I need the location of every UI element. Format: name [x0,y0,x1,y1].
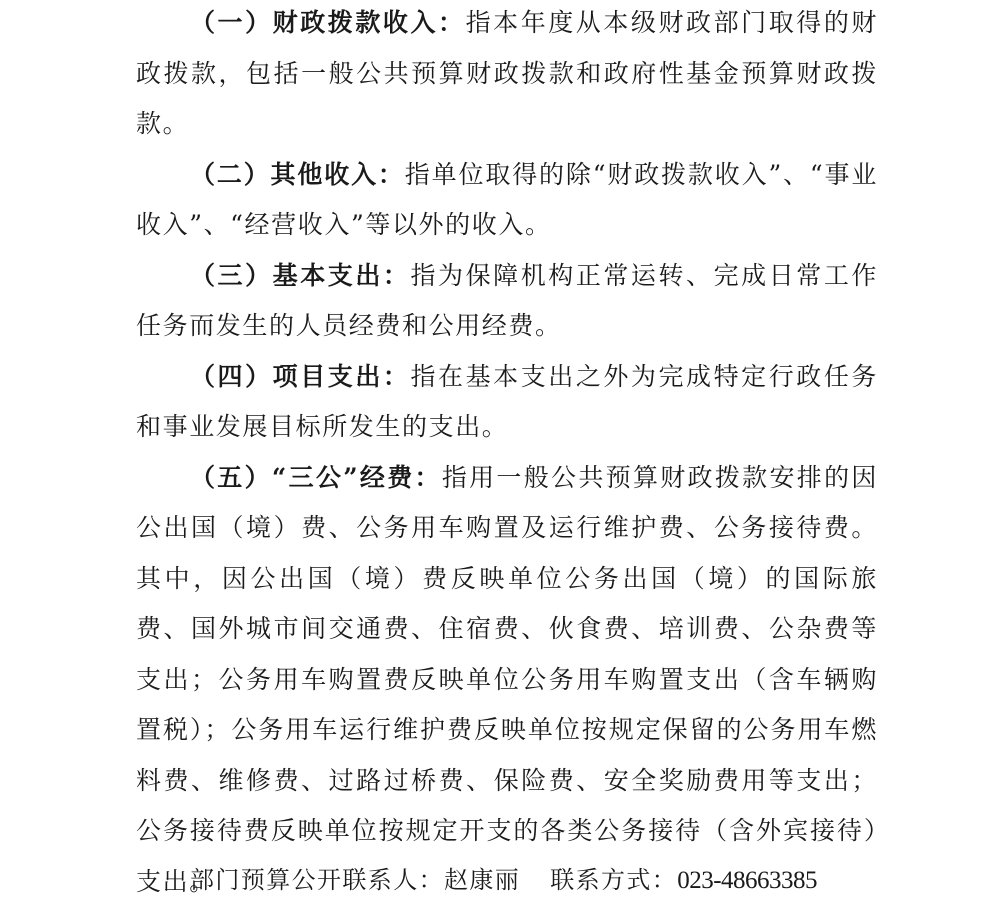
definition-term: （一）财政拨款收入： [190,8,466,37]
definition-other-income: （二）其他收入：指单位取得的除“财政拨款收入”、“事业收入”、“经营收入”等以外… [136,150,878,251]
contact-person-label: 部门预算公开联系人： [190,866,444,894]
definition-basic-expenditure: （三）基本支出：指为保障机构正常运转、完成日常工作任务而发生的人员经费和公用经费… [136,251,878,352]
contact-method-label: 联系方式： [550,866,677,894]
definition-three-public-expenses: （五）“三公”经费：指用一般公共预算财政拨款安排的因公出国（境）费、公务用车购置… [136,453,878,902]
definition-fiscal-appropriation-income: （一）财政拨款收入：指本年度从本级财政部门取得的财政拨款，包括一般公共预算财政拨… [136,0,878,150]
definition-project-expenditure: （四）项目支出：指在基本支出之外为完成特定行政任务和事业发展目标所发生的支出。 [136,352,878,453]
document-body: （一）财政拨款收入：指本年度从本级财政部门取得的财政拨款，包括一般公共预算财政拨… [136,0,878,902]
definition-text: 指用一般公共预算财政拨款安排的因公出国（境）费、公务用车购置及运行维护费、公务接… [136,463,878,896]
definition-term: （五）“三公”经费： [190,463,442,492]
definition-term: （二）其他收入： [190,160,405,189]
contact-person-name: 赵康丽 [444,866,520,894]
contact-line: 部门预算公开联系人：赵康丽联系方式：023-48663385 [190,862,817,899]
contact-phone: 023-48663385 [677,867,817,894]
definition-term: （三）基本支出： [190,261,410,290]
definition-term: （四）项目支出： [190,362,410,391]
